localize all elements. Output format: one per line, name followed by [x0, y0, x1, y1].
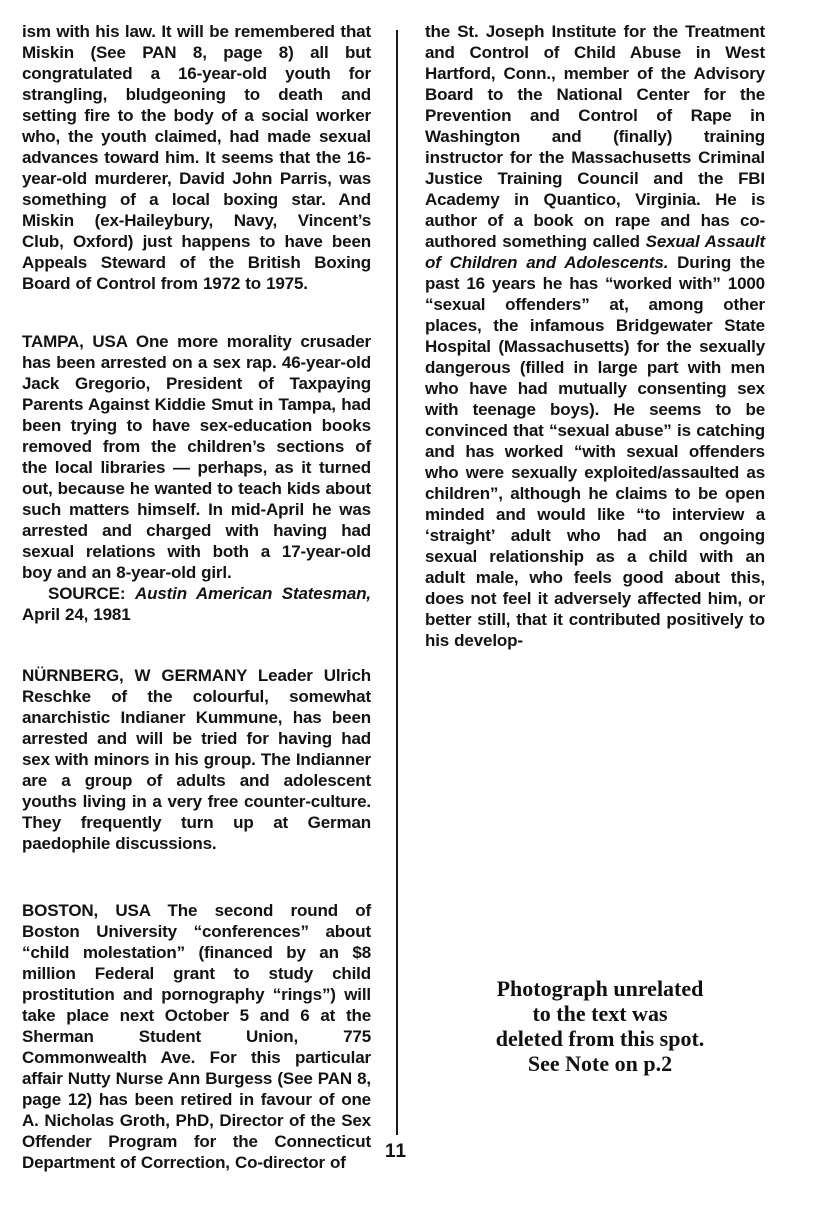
text-segment: the St. Joseph Institute for the Treatme… — [425, 22, 765, 251]
right-text-column: the St. Joseph Institute for the Treatme… — [425, 21, 765, 688]
text-segment: NÜRNBERG, W GERMANY Leader Ulrich Reschk… — [22, 666, 371, 853]
photo-deleted-notice: Photograph unrelated to the text was del… — [428, 976, 772, 1076]
text-segment: BOSTON, USA The second round of Boston U… — [22, 901, 371, 1172]
page-number: 11 — [374, 1141, 418, 1163]
paragraph: ism with his law. It will be remembered … — [22, 21, 371, 294]
column-divider-rule — [396, 30, 398, 1135]
text-segment: SOURCE: — [48, 584, 135, 603]
text-segment: April 24, 1981 — [22, 605, 131, 624]
paragraph: TAMPA, USA One more morality crusader ha… — [22, 331, 371, 583]
paragraph: BOSTON, USA The second round of Boston U… — [22, 900, 371, 1173]
notice-line: See Note on p.2 — [428, 1051, 772, 1076]
text-segment: TAMPA, USA One more morality crusader ha… — [22, 332, 371, 582]
left-text-column: ism with his law. It will be remembered … — [22, 21, 371, 1210]
paragraph: the St. Joseph Institute for the Treatme… — [425, 21, 765, 651]
paragraph: SOURCE: Austin American Statesman, April… — [22, 583, 371, 625]
text-segment: During the past 16 years he has “worked … — [425, 253, 765, 650]
paragraph: NÜRNBERG, W GERMANY Leader Ulrich Reschk… — [22, 665, 371, 854]
notice-line: to the text was — [428, 1001, 772, 1026]
text-segment: ism with his law. It will be remembered … — [22, 22, 371, 293]
scanned-magazine-page: ism with his law. It will be remembered … — [0, 0, 824, 1211]
italic-text-segment: Austin American Statesman, — [135, 584, 371, 603]
notice-line: Photograph unrelated — [428, 976, 772, 1001]
notice-line: deleted from this spot. — [428, 1026, 772, 1051]
